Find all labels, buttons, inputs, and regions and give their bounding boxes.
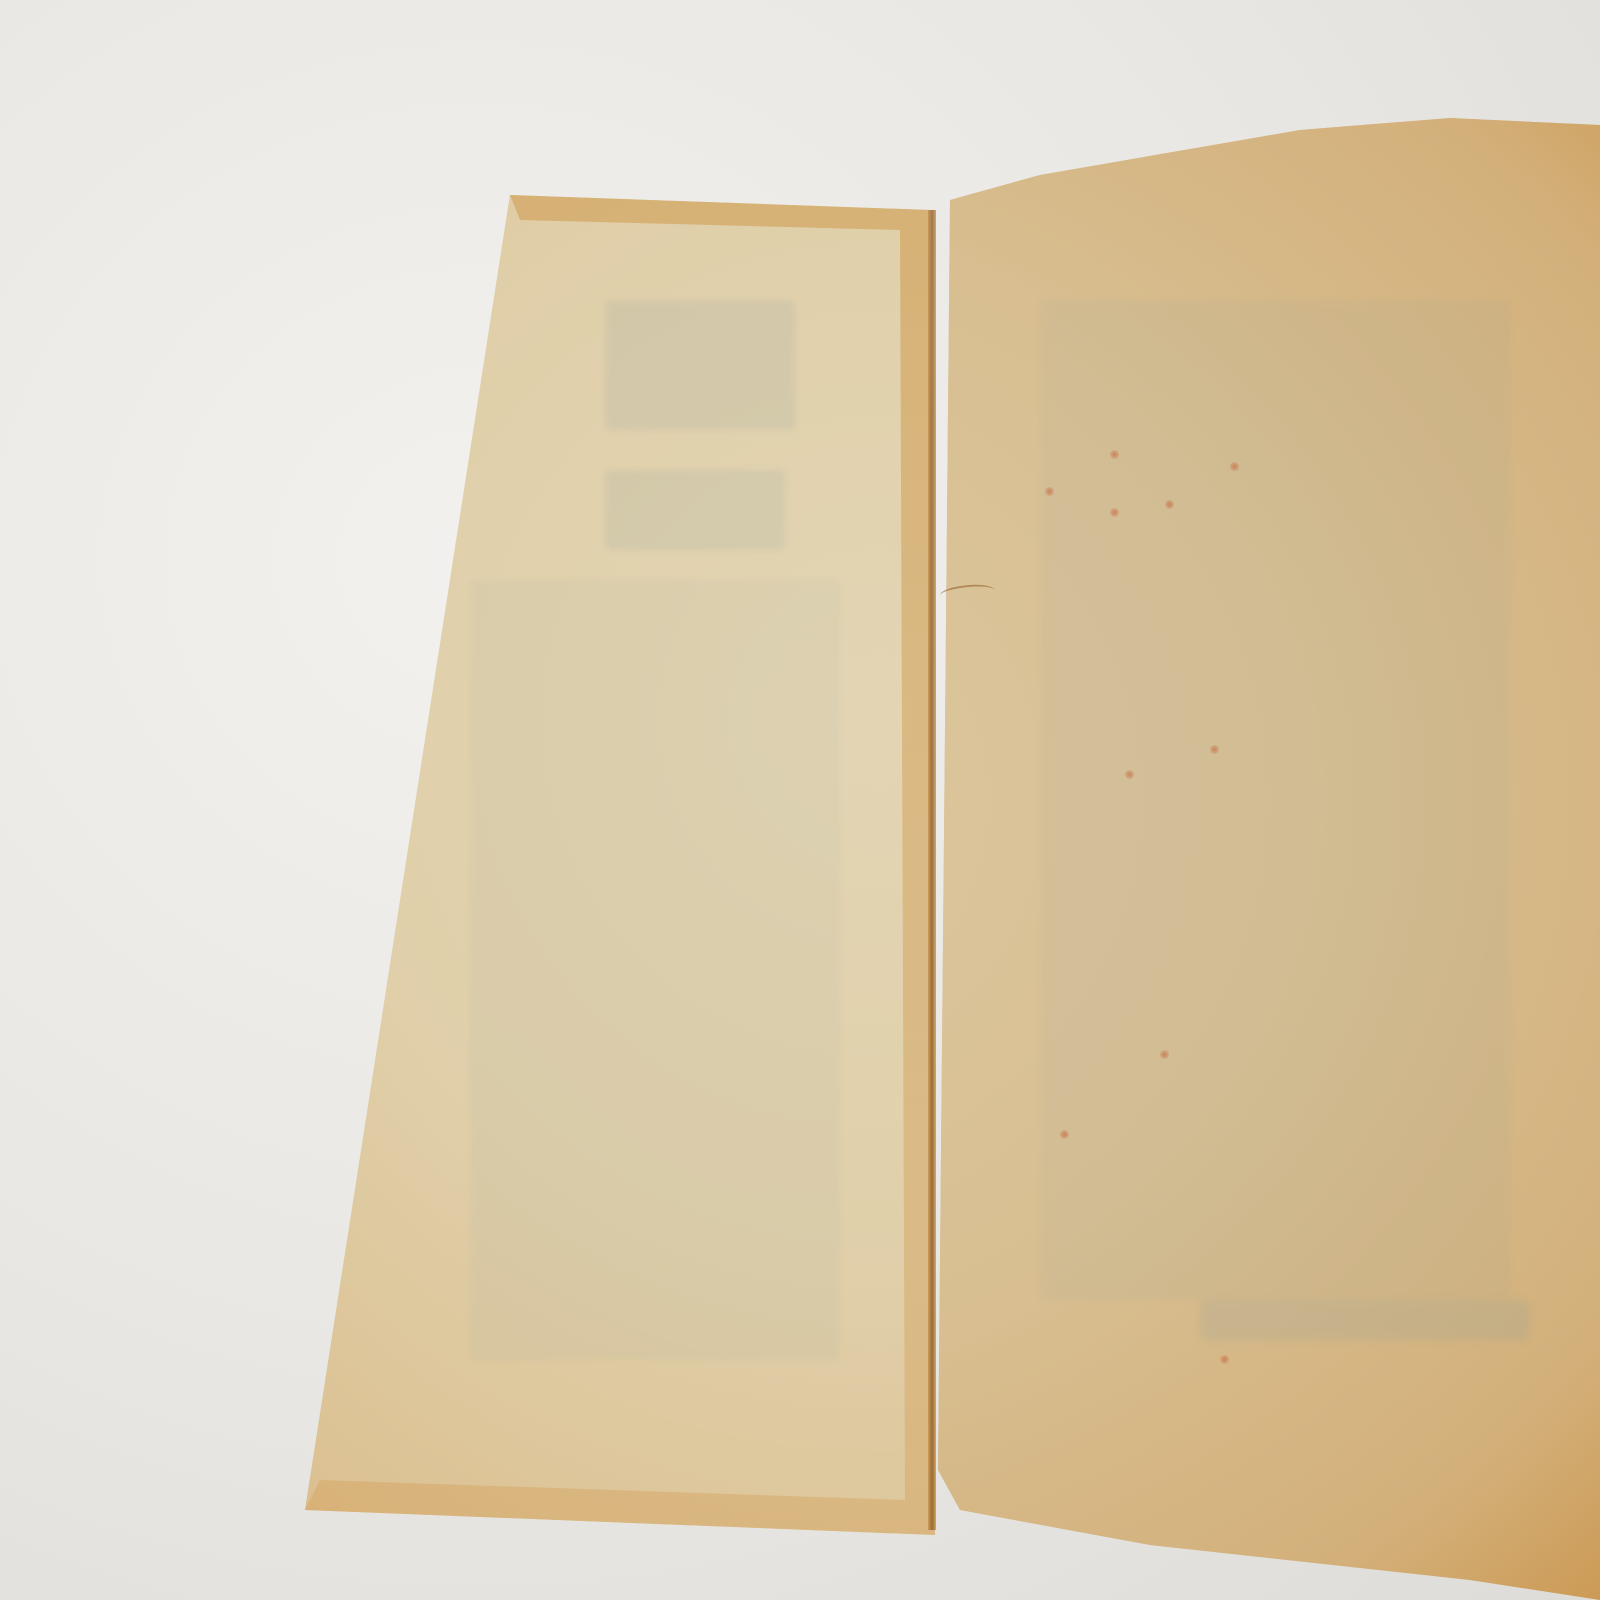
foxing-spot <box>1110 508 1119 517</box>
left-bleed-through-block <box>605 300 795 430</box>
foxing-spot <box>1230 462 1239 471</box>
right-bleed-through-area <box>1040 300 1510 1300</box>
photo-scene <box>0 0 1600 1600</box>
foxing-spot <box>1125 770 1134 779</box>
foxing-spot <box>1110 450 1119 459</box>
left-bleed-through-block <box>605 470 785 550</box>
foxing-spot <box>1165 500 1174 509</box>
foxing-spot <box>1045 487 1054 496</box>
foxing-spot <box>1160 1050 1169 1059</box>
foxing-spot <box>1220 1355 1229 1364</box>
left-bleed-through-text-area <box>470 580 840 1360</box>
foxing-spot <box>1060 1130 1069 1139</box>
book-gutter <box>928 210 936 1530</box>
foxing-spot <box>1210 745 1219 754</box>
right-bleed-through-line <box>1200 1300 1530 1340</box>
